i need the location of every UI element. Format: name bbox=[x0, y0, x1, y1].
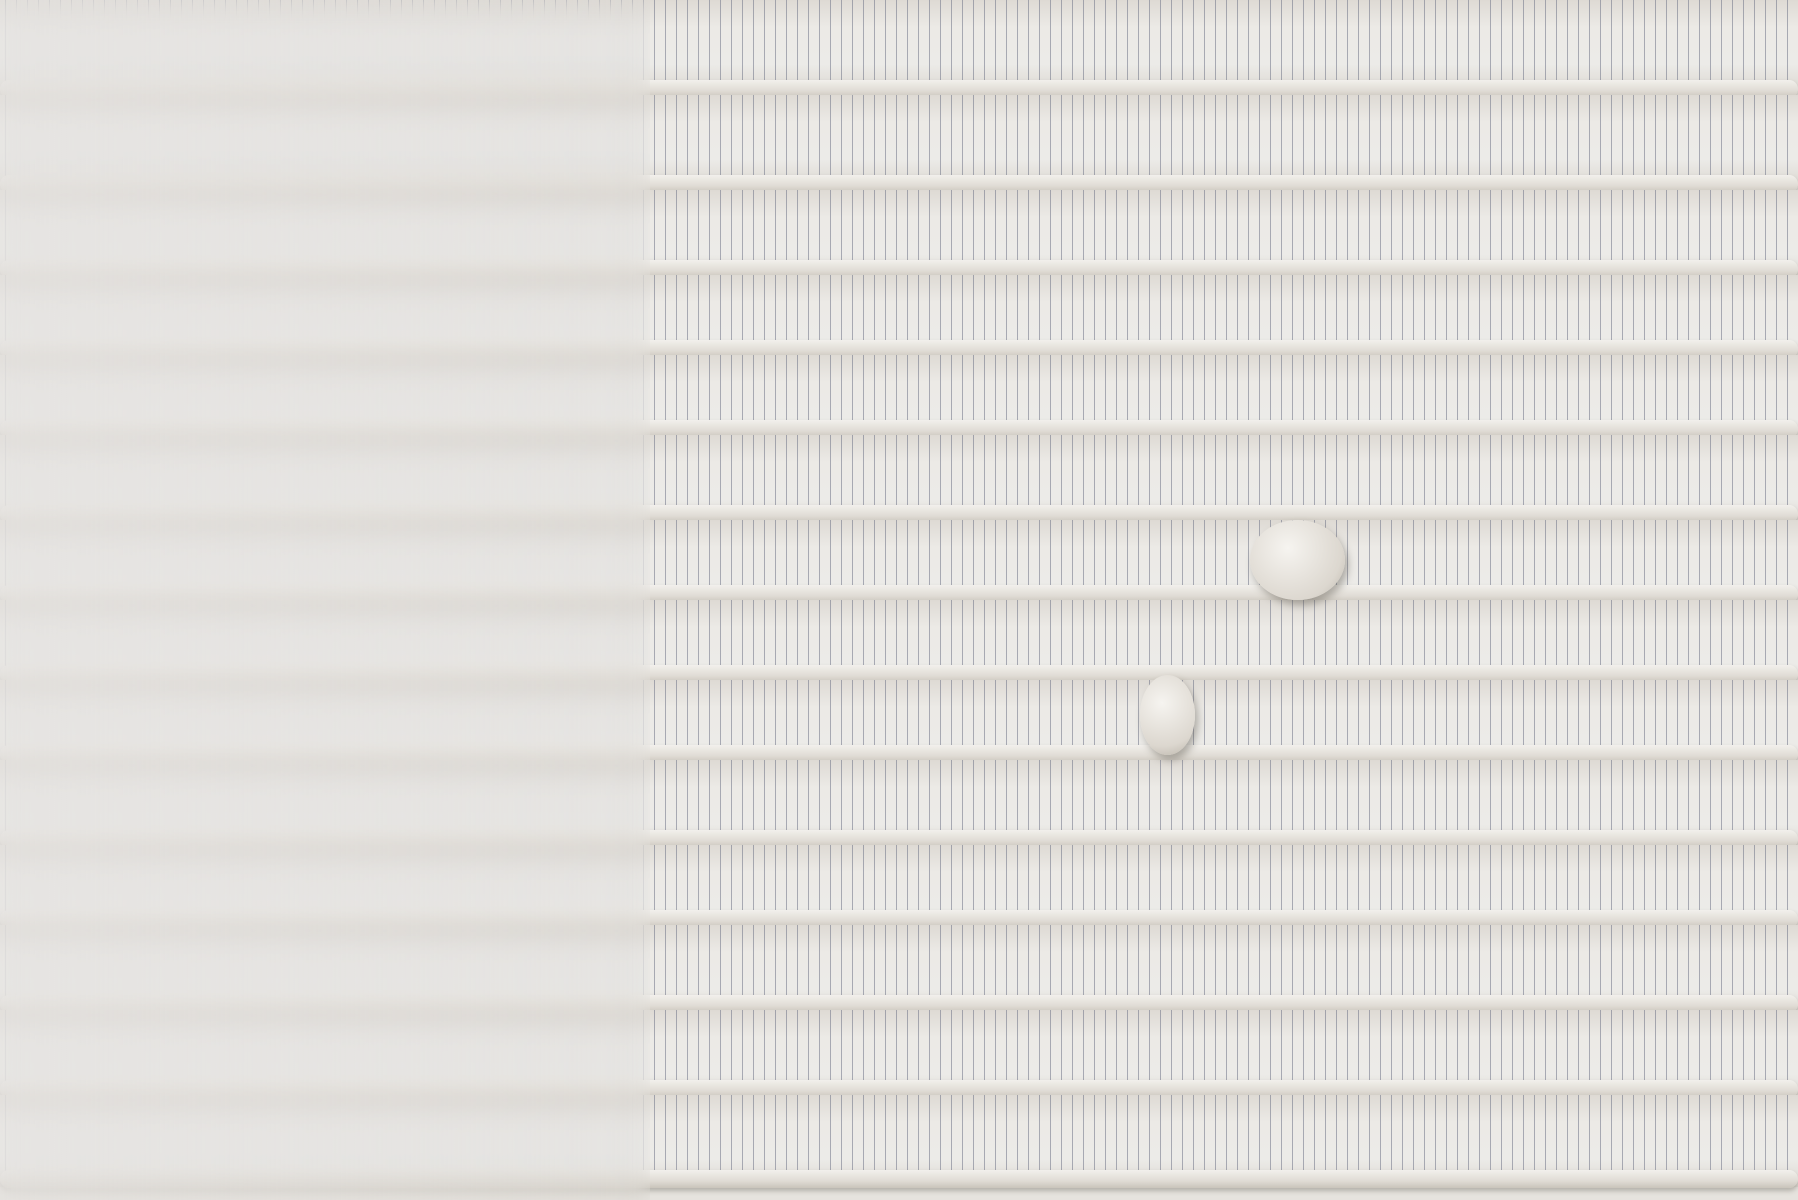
out-of-focus-area bbox=[0, 0, 650, 1200]
impasto-photo bbox=[0, 0, 1798, 1200]
paint-blob bbox=[1250, 520, 1345, 600]
paint-blob bbox=[1140, 675, 1195, 755]
